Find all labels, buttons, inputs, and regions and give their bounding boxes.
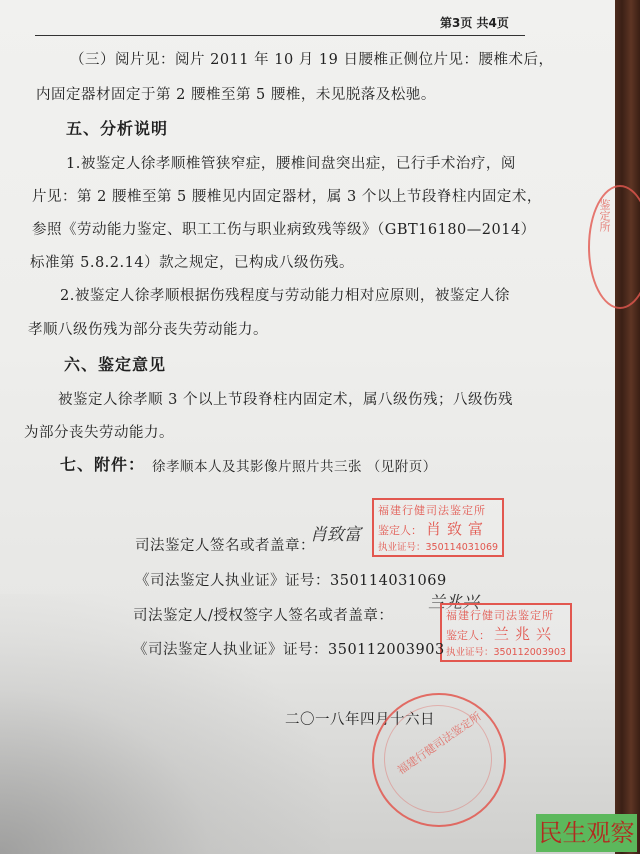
attachments-text: 徐孝顺本人及其影像片照片共三张 （见附页）	[152, 455, 437, 475]
analysis-item1-line1: 1.被鉴定人徐孝顺椎管狭窄症，腰椎间盘突出症，已行手术治疗，阅	[66, 152, 516, 173]
analysis-item1-line4: 标准第 5.8.2.14）款之规定，已构成八级伤残。	[30, 251, 354, 272]
examiner1-handwritten-signature: 肖致富	[310, 520, 361, 545]
examiner2-signature-label: 司法鉴定人/授权签字人签名或者盖章：	[133, 604, 393, 625]
analysis-item2-line1: 2.被鉴定人徐孝顺根据伤残程度与劳动能力相对应原则，被鉴定人徐	[60, 284, 510, 305]
examiner1-stamp: 福建行健司法鉴定所 鉴定人：肖致富 执业证号：350114031069	[372, 498, 504, 557]
examiner2-stamp: 福建行健司法鉴定所 鉴定人：兰兆兴 执业证号：350112003903	[440, 603, 572, 662]
analysis-item1-line3: 参照《劳动能力鉴定、职工工伤与职业病致残等级》（GBT16180—2014）	[32, 218, 536, 239]
official-round-seal: 福建行健司法鉴定所	[372, 693, 506, 827]
examiner1-signature-label: 司法鉴定人签名或者盖章：	[135, 534, 315, 555]
section-heading-attachments: 七、附件：	[60, 452, 145, 475]
examiner2-cert-number: 《司法鉴定人执业证》证号：350112003903	[133, 638, 445, 659]
opinion-line-1: 被鉴定人徐孝顺 3 个以上节段脊柱内固定术，属八级伤残；八级伤残	[58, 388, 513, 409]
watermark-badge: 民生观察	[536, 814, 637, 852]
page-indicator: 第3页 共4页	[440, 14, 509, 31]
examiner2-stamp-name-row: 鉴定人：兰兆兴	[442, 623, 570, 644]
analysis-item1-line2: 片见：第 2 腰椎至第 5 腰椎见内固定器材，属 3 个以上节段脊柱内固定术，	[32, 185, 542, 206]
examiner1-stamp-name: 肖致富	[426, 520, 489, 538]
opinion-line-2: 为部分丧失劳动能力。	[24, 421, 174, 442]
review-line-2: 内固定器材固定于第 2 腰椎至第 5 腰椎，未见脱落及松驰。	[36, 83, 436, 104]
analysis-item2-line2: 孝顺八级伤残为部分丧失劳动能力。	[28, 318, 268, 339]
document-page: 第3页 共4页 （三）阅片见：阅片 2011 年 10 月 19 日腰椎正侧位片…	[0, 0, 615, 854]
header-divider	[35, 35, 525, 36]
examiner2-stamp-name: 兰兆兴	[494, 625, 557, 643]
review-line-1: （三）阅片见：阅片 2011 年 10 月 19 日腰椎正侧位片见：腰椎术后，	[70, 48, 553, 69]
photo-shadow	[0, 594, 330, 854]
examiner2-stamp-org: 福建行健司法鉴定所	[442, 605, 570, 623]
examiner1-stamp-cert: 执业证号：350114031069	[374, 539, 502, 555]
side-seal-text: 鉴定所	[596, 199, 612, 232]
section-heading-analysis: 五、分析说明	[66, 116, 168, 139]
examiner2-stamp-cert: 执业证号：350112003903	[442, 644, 570, 660]
examiner1-stamp-name-row: 鉴定人：肖致富	[374, 518, 502, 539]
examiner1-cert-number: 《司法鉴定人执业证》证号：350114031069	[135, 569, 447, 590]
section-heading-opinion: 六、鉴定意见	[64, 352, 166, 375]
examiner1-stamp-org: 福建行健司法鉴定所	[374, 500, 502, 518]
